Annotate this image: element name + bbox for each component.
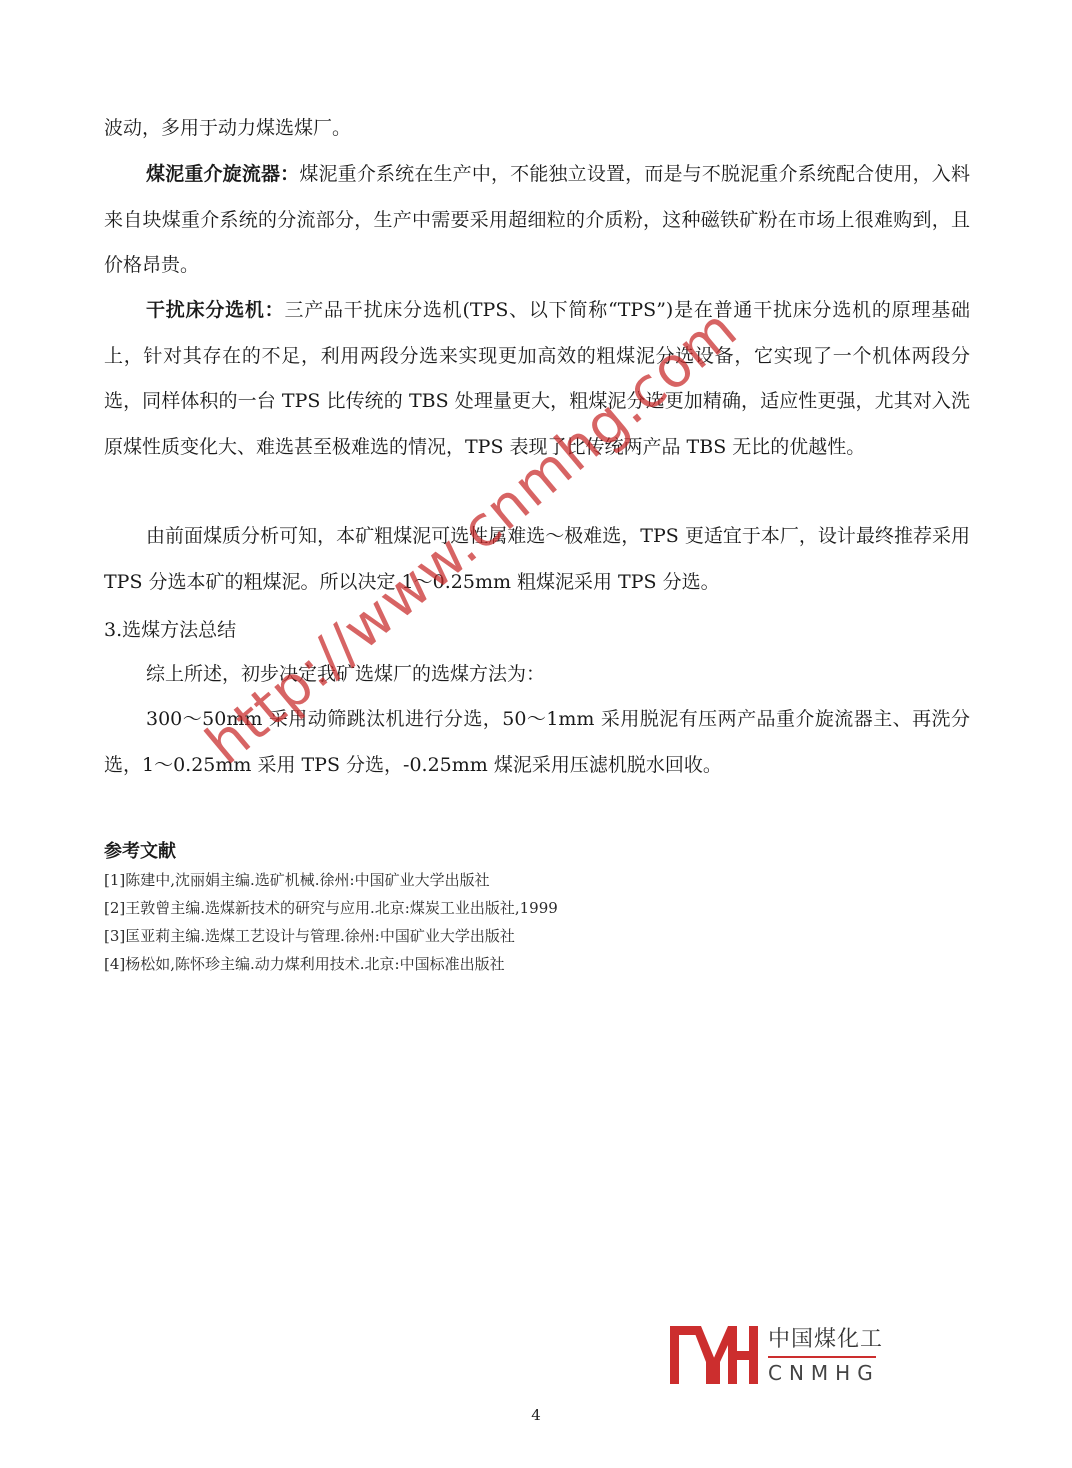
paragraph-text: 300～50mm 采用动筛跳汰机进行分选，50～1mm 采用脱泥有压两产品重介旋… xyxy=(104,708,970,776)
logo-chinese-name: 中国煤化工 xyxy=(768,1327,883,1353)
logo-divider xyxy=(768,1356,876,1358)
document-page: 波动，多用于动力煤选煤厂。 煤泥重介旋流器：煤泥重介系统在生产中，不能独立设置，… xyxy=(0,0,1072,1468)
logo-english-name: CNMHG xyxy=(768,1362,883,1384)
reference-item: [1]陈建中,沈丽娟主编.选矿机械.徐州:中国矿业大学出版社 xyxy=(104,866,558,894)
reference-item: [3]匡亚莉主编.选煤工艺设计与管理.徐州:中国矿业大学出版社 xyxy=(104,922,558,950)
paragraph-text: 由前面煤质分析可知，本矿粗煤泥可选性属难选～极难选，TPS 更适宜于本厂，设计最… xyxy=(104,525,970,593)
paragraph-text: 综上所述，初步决定我矿选煤厂的选煤方法为： xyxy=(146,663,545,685)
logo-text: 中国煤化工 CNMHG xyxy=(768,1327,883,1384)
references-list: [1]陈建中,沈丽娟主编.选矿机械.徐州:中国矿业大学出版社 [2]王敦曾主编.… xyxy=(104,866,558,978)
reference-item: [4]杨松如,陈怀珍主编.动力煤利用技术.北京:中国标准出版社 xyxy=(104,950,558,978)
summary-intro: 综上所述，初步决定我矿选煤厂的选煤方法为： xyxy=(104,652,970,698)
paragraph-conclusion: 由前面煤质分析可知，本矿粗煤泥可选性属难选～极难选，TPS 更适宜于本厂，设计最… xyxy=(104,514,970,605)
summary-methods: 300～50mm 采用动筛跳汰机进行分选，50～1mm 采用脱泥有压两产品重介旋… xyxy=(104,697,970,788)
section-heading: 3.选煤方法总结 xyxy=(104,608,236,653)
paragraph-lead: 干扰床分选机： xyxy=(146,299,284,321)
paragraph-dense-medium-cyclone: 煤泥重介旋流器：煤泥重介系统在生产中，不能独立设置，而是与不脱泥重介系统配合使用… xyxy=(104,152,970,289)
paragraph-continuation: 波动，多用于动力煤选煤厂。 xyxy=(104,106,970,152)
reference-item: [2]王敦曾主编.选煤新技术的研究与应用.北京:煤炭工业出版社,1999 xyxy=(104,894,558,922)
logo-mark-icon xyxy=(668,1322,760,1388)
page-number: 4 xyxy=(0,1406,1072,1424)
paragraph-text: 波动，多用于动力煤选煤厂。 xyxy=(104,117,351,139)
paragraph-tps-separator: 干扰床分选机：三产品干扰床分选机(TPS、以下简称“TPS”)是在普通干扰床分选… xyxy=(104,288,970,470)
references-title: 参考文献 xyxy=(104,838,176,866)
paragraph-text: 三产品干扰床分选机(TPS、以下简称“TPS”)是在普通干扰床分选机的原理基础上… xyxy=(104,299,970,458)
paragraph-lead: 煤泥重介旋流器： xyxy=(146,163,299,185)
publisher-logo: 中国煤化工 CNMHG xyxy=(668,1322,883,1388)
